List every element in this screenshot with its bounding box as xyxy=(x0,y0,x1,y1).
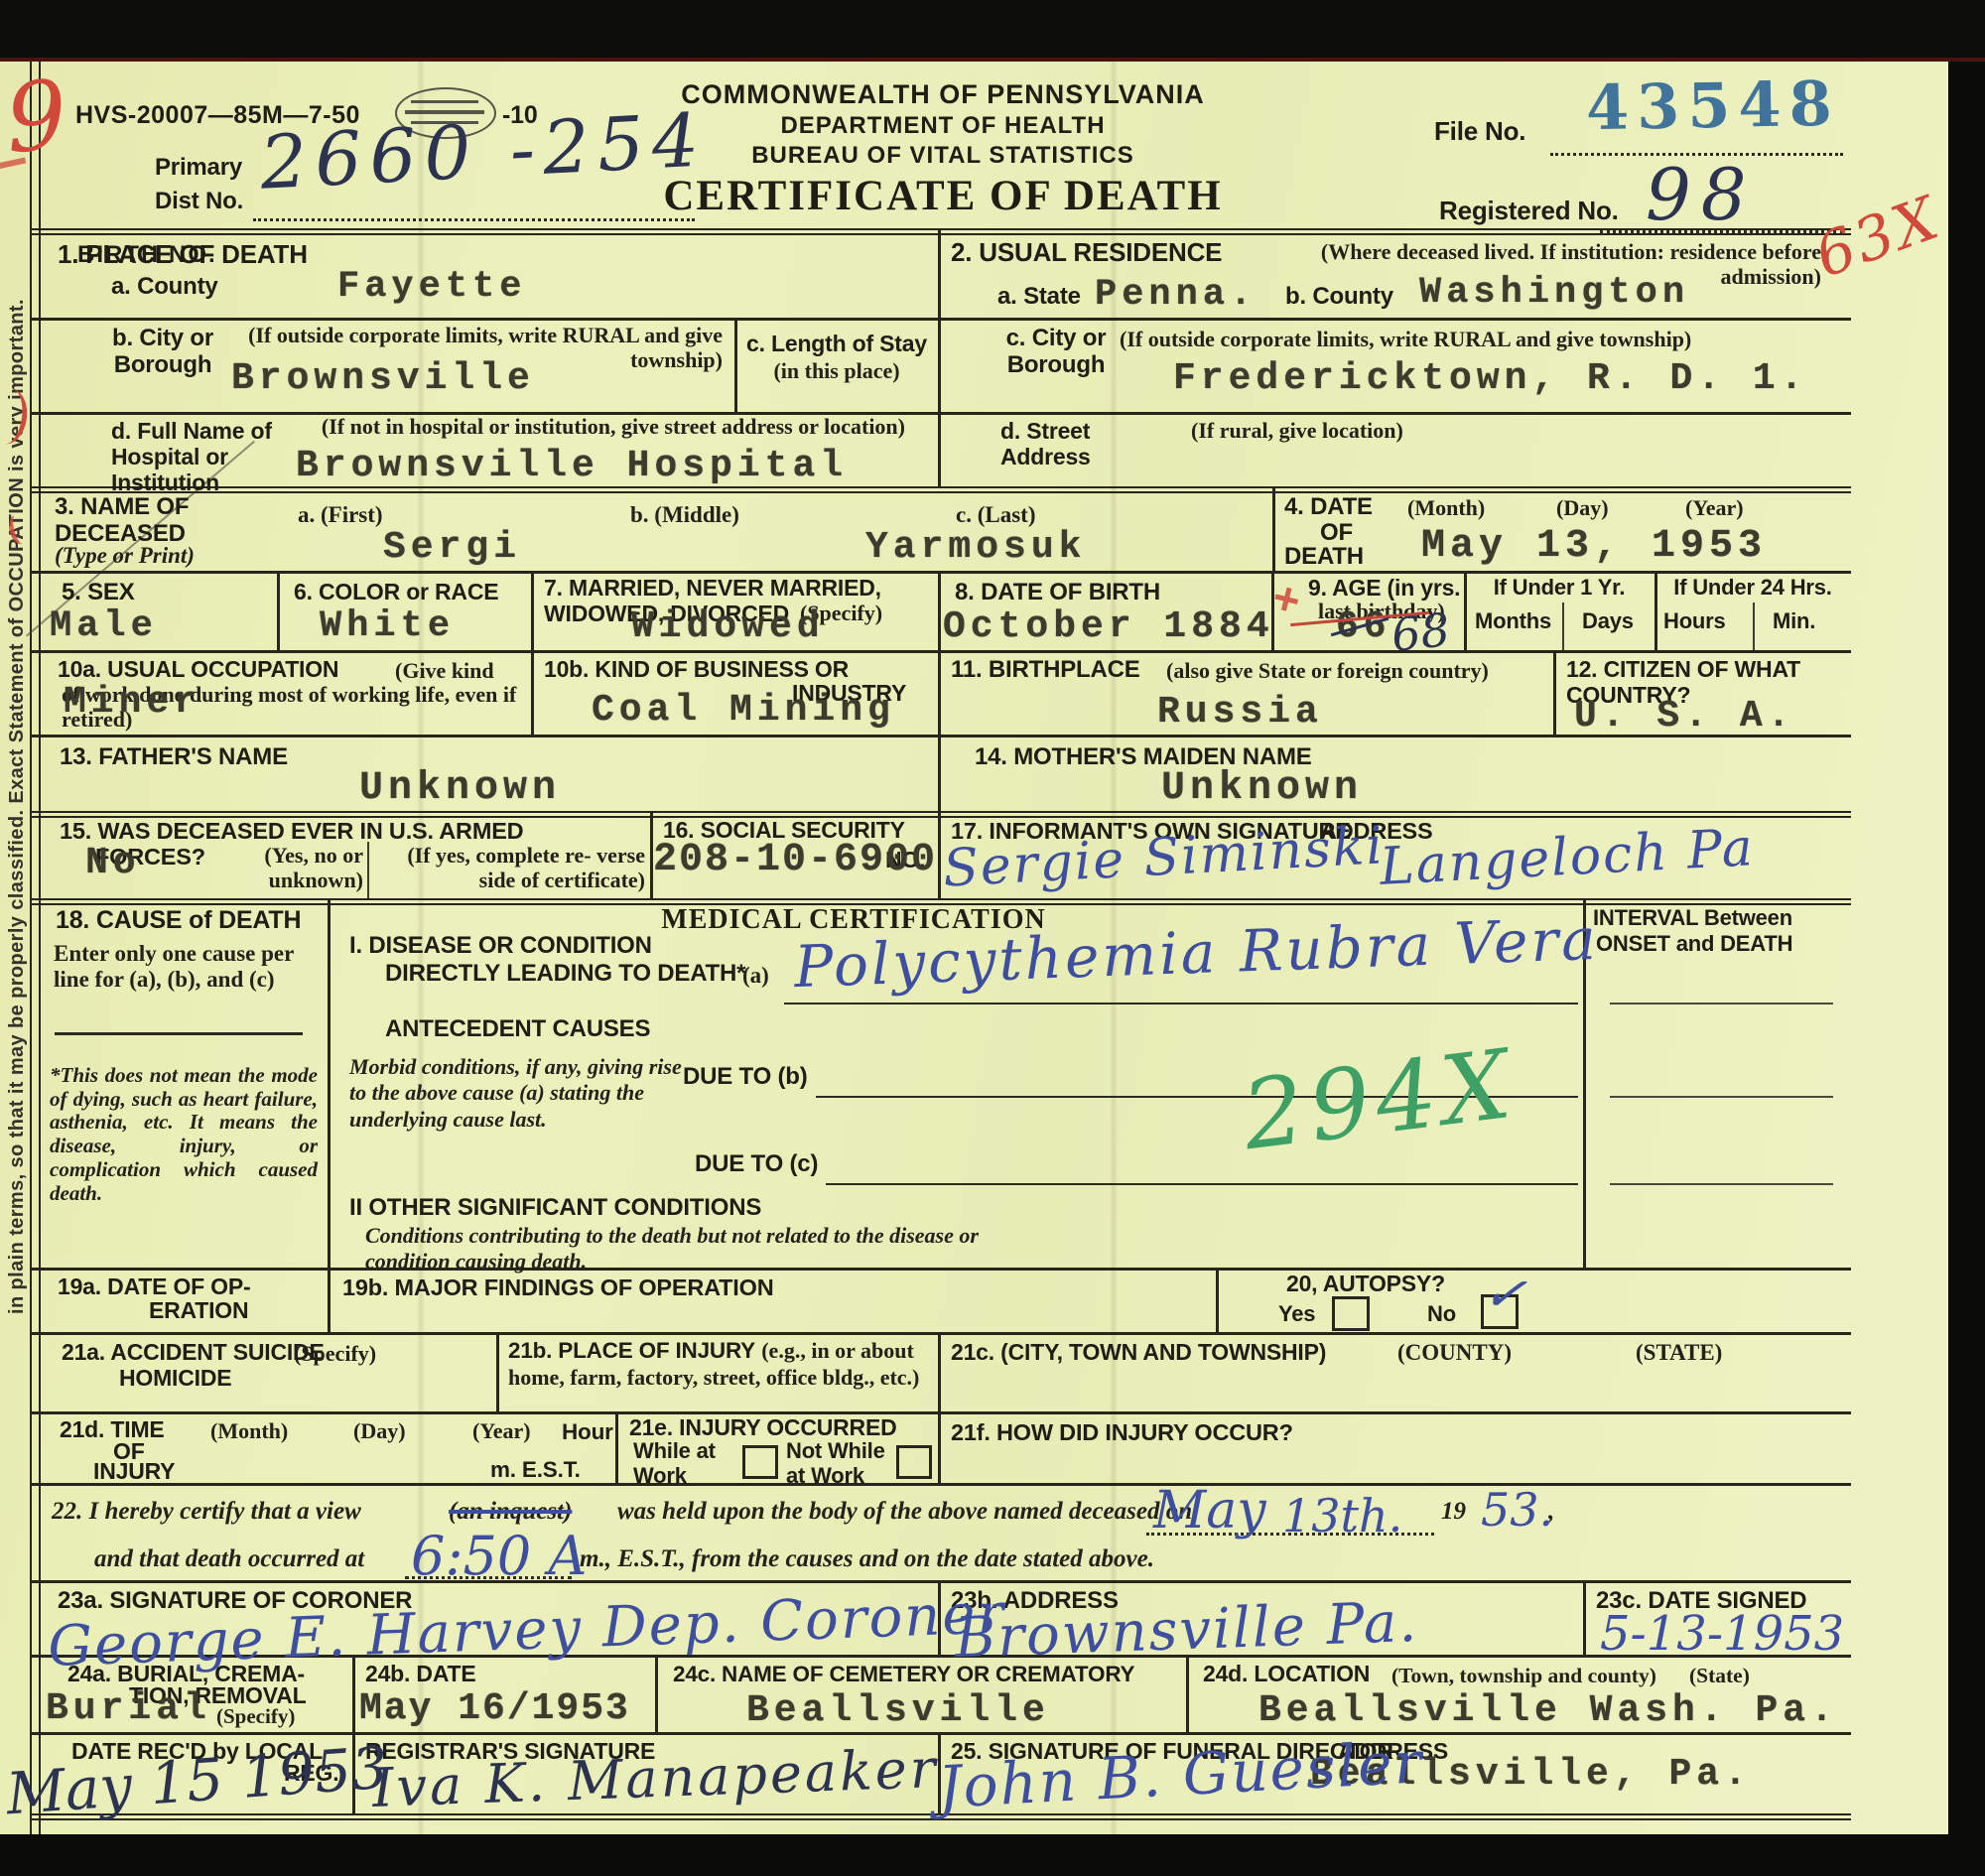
autopsy-yes-checkbox xyxy=(1332,1296,1370,1331)
cemetery-value: Beallsville xyxy=(746,1689,1050,1732)
other-conditions-note: Conditions contributing to the death but… xyxy=(365,1223,1020,1275)
race-label: 6. COLOR or RACE xyxy=(294,580,498,605)
divider xyxy=(1272,486,1275,571)
interval-line-b xyxy=(1610,1096,1833,1098)
burial-date-value: May 16/1953 xyxy=(359,1687,630,1730)
name-title: 3. NAME OF DECEASED xyxy=(55,494,263,548)
antecedent-label: ANTECEDENT CAUSES xyxy=(385,1016,650,1043)
street-hint: (If rural, give location) xyxy=(1191,419,1403,444)
operation-findings-label: 19b. MAJOR FINDINGS OF OPERATION xyxy=(342,1274,773,1300)
divider xyxy=(938,1332,941,1483)
divider xyxy=(938,228,941,486)
place-of-injury-label: 21b. PLACE OF INJURY xyxy=(508,1338,755,1363)
scan-top-border xyxy=(0,0,1985,62)
interval-label-2: ONSET and DEATH xyxy=(1596,932,1792,957)
street-label: d. Street Address xyxy=(1000,419,1120,470)
autopsy-no-label: No xyxy=(1427,1302,1456,1327)
primary-dist-label-2: Dist No. xyxy=(155,189,243,215)
red-code: 63X xyxy=(1806,183,1948,292)
father-value: Unknown xyxy=(359,766,561,811)
autopsy-yes-label: Yes xyxy=(1278,1302,1315,1327)
divider xyxy=(1186,1655,1189,1732)
registered-no-label: Registered No. xyxy=(1439,197,1619,225)
under-1yr-label: If Under 1 Yr. xyxy=(1466,576,1653,601)
city-value: Brownsville xyxy=(231,357,535,400)
occupation-value: Miner xyxy=(64,681,201,724)
date-of-death-label-1: 4. DATE xyxy=(1284,494,1373,521)
divider xyxy=(1216,1268,1219,1332)
divider xyxy=(1553,650,1556,735)
divider xyxy=(655,1655,658,1732)
business-label-1: 10b. KIND OF BUSINESS OR xyxy=(544,657,849,683)
injury-mest-label: m. E.S.T. xyxy=(490,1457,581,1482)
divider xyxy=(328,898,331,1332)
cause-c-line xyxy=(826,1183,1578,1185)
armed-forces-hint-1: (Yes, no or unknown) xyxy=(214,844,363,892)
under-24hrs-label: If Under 24 Hrs. xyxy=(1657,576,1848,601)
length-of-stay-label: c. Length of Stay xyxy=(742,332,931,357)
birthplace-value: Russia xyxy=(1157,691,1323,734)
armed-forces-label-1: 15. WAS DECEASED EVER IN U.S. ARMED xyxy=(60,818,523,844)
cause-title: 18. CAUSE of DEATH xyxy=(56,906,301,934)
rule xyxy=(30,1483,1851,1486)
days-label: Days xyxy=(1582,609,1634,634)
divider xyxy=(1583,1580,1586,1655)
primary-dist-label-1: Primary xyxy=(155,155,242,182)
certify-year-prefix: 19 xyxy=(1441,1497,1466,1527)
divider xyxy=(734,318,737,412)
father-label: 13. FATHER'S NAME xyxy=(60,744,288,771)
informant-address-value: Langeloch Pa xyxy=(1379,818,1756,897)
certify-text-2: was held upon the body of the above name… xyxy=(617,1497,1192,1527)
autopsy-label: 20, AUTOPSY? xyxy=(1286,1272,1445,1297)
last-name-label: c. (Last) xyxy=(956,502,1035,528)
date-signed-value: 5-13-1953 xyxy=(1600,1606,1844,1662)
occupation-label: 10a. USUAL OCCUPATION xyxy=(58,657,338,683)
divider xyxy=(367,842,369,898)
divider xyxy=(531,571,534,735)
autopsy-no-checkmark: ✓ xyxy=(1479,1262,1530,1326)
injury-time-label-3: INJURY xyxy=(93,1459,175,1485)
middle-name-label: b. (Middle) xyxy=(630,502,739,528)
residence-city-label: c. City or Borough xyxy=(1000,326,1112,379)
dod-day-label: (Day) xyxy=(1556,496,1609,521)
not-while-at-work-label: Not While at Work xyxy=(786,1439,893,1488)
marital-value: Widowed xyxy=(631,605,825,648)
date-of-death-label-3: DEATH xyxy=(1284,544,1364,571)
cause-a-tag: (a) xyxy=(742,963,769,989)
injury-hour-label: Hour xyxy=(562,1419,613,1444)
business-value: Coal Mining xyxy=(592,689,895,732)
certificate-paper: in plain terms, so that it may be proper… xyxy=(0,62,1948,1834)
not-while-at-work-checkbox xyxy=(896,1445,932,1479)
disease-label-2: DIRECTLY LEADING TO DEATH* xyxy=(385,961,745,988)
disease-label-1: I. DISEASE OR CONDITION xyxy=(349,933,652,960)
residence-county-label: b. County xyxy=(1285,284,1393,311)
certify-text-3: and that death occurred at xyxy=(94,1544,364,1574)
certify-strike-text: (an inquest) xyxy=(449,1497,572,1527)
how-injury-label: 21f. HOW DID INJURY OCCUR? xyxy=(951,1419,1293,1445)
birthplace-label: 11. BIRTHPLACE xyxy=(951,657,1140,684)
location-value: Beallsville Wash. Pa. xyxy=(1258,1689,1838,1732)
operation-date-label-1: 19a. DATE OF OP- xyxy=(58,1274,250,1300)
location-hint-2: (State) xyxy=(1689,1664,1750,1687)
residence-city-value: Fredericktown, R. D. 1. xyxy=(1173,357,1808,400)
residence-county-value: Washington xyxy=(1419,272,1689,314)
left-double-rule xyxy=(30,62,41,1834)
hospital-value: Brownsville Hospital xyxy=(296,445,848,487)
divider xyxy=(496,1332,499,1411)
injury-county-label: (COUNTY) xyxy=(1397,1340,1512,1366)
divider xyxy=(1753,603,1755,650)
green-code: 294X xyxy=(1237,1028,1522,1172)
county-value: Fayette xyxy=(337,266,526,308)
residence-city-hint: (If outside corporate limits, write RURA… xyxy=(1120,328,1824,352)
race-value: White xyxy=(320,605,455,647)
first-name-value: Sergi xyxy=(383,526,521,569)
usual-residence-title: 2. USUAL RESIDENCE xyxy=(951,238,1222,267)
due-to-b-label: DUE TO (b) xyxy=(683,1064,808,1091)
interval-label-1: INTERVAL Between xyxy=(1593,906,1792,931)
sex-value: Male xyxy=(50,605,158,647)
certify-year-hand: 53. xyxy=(1481,1483,1553,1537)
burial-value: Burial xyxy=(46,1687,211,1730)
city-label: b. City or Borough xyxy=(107,326,218,379)
injury-day-label: (Day) xyxy=(353,1419,406,1444)
county-label: a. County xyxy=(111,274,218,301)
injury-city-label: 21c. (CITY, TOWN AND TOWNSHIP) xyxy=(951,1340,1326,1366)
cause-a-line xyxy=(784,1003,1578,1005)
corner-mark: 9 xyxy=(2,62,70,175)
location-label: 24d. LOCATION xyxy=(1203,1662,1370,1687)
certify-text-4: m., E.S.T., from the causes and on the d… xyxy=(580,1544,1154,1574)
other-conditions-label: II OTHER SIGNIFICANT CONDITIONS xyxy=(349,1195,761,1222)
injury-occurred-label: 21e. INJURY OCCURRED xyxy=(629,1415,897,1441)
min-label: Min. xyxy=(1773,609,1815,634)
accident-hint: (Specify) xyxy=(294,1342,376,1367)
armed-forces-value: No xyxy=(85,842,141,884)
citizen-value: U. S. A. xyxy=(1574,695,1794,737)
last-name-value: Yarmosuk xyxy=(865,526,1086,569)
interval-line-a xyxy=(1610,1003,1833,1005)
operation-date-label-2: ERATION xyxy=(149,1298,248,1324)
divider xyxy=(615,1411,618,1483)
occupation-hint-1: (Give kind xyxy=(395,659,494,684)
morbid-note: Morbid conditions, if any, giving rise t… xyxy=(349,1054,682,1133)
date-of-death-value: May 13, 1953 xyxy=(1421,524,1767,569)
while-at-work-checkbox xyxy=(742,1445,778,1479)
cause-note-2: *This does not mean the mode of dying, s… xyxy=(50,1064,318,1205)
state-value: Penna. xyxy=(1095,274,1257,316)
hospital-hint: (If not in hospital or institution, give… xyxy=(310,415,905,440)
divider xyxy=(938,811,941,898)
burial-hint: (Specify) xyxy=(216,1705,295,1729)
interval-line-c xyxy=(1610,1183,1833,1185)
hospital-label: d. Full Name of Hospital or Institution xyxy=(111,419,310,495)
cause-note-divider xyxy=(55,1032,303,1035)
state-label: a. State xyxy=(997,284,1081,311)
cause-note-1: Enter only one cause per line for (a), (… xyxy=(54,941,310,993)
injury-year-label: (Year) xyxy=(472,1419,531,1444)
sex-label: 5. SEX xyxy=(62,580,135,606)
place-of-injury-block: 21b. PLACE OF INJURY (e.g., in or about … xyxy=(508,1338,933,1391)
hours-label: Hours xyxy=(1663,609,1726,634)
injury-state-label: (STATE) xyxy=(1636,1340,1722,1366)
margin-note: in plain terms, so that it may be proper… xyxy=(6,332,29,1314)
while-at-work-label: While at Work xyxy=(633,1439,734,1488)
dod-month-label: (Month) xyxy=(1407,496,1485,521)
first-name-label: a. (First) xyxy=(298,502,383,528)
divider xyxy=(277,571,280,650)
months-label: Months xyxy=(1475,609,1551,634)
name-title-hint: (Type or Print) xyxy=(55,542,195,570)
age-label-1: 9. AGE (in yrs. xyxy=(1308,576,1460,602)
certify-time-hand: 6:50 A xyxy=(411,1525,587,1587)
ssn-value: 208-10-6900 xyxy=(653,838,937,882)
certify-day-hand: 13th. xyxy=(1282,1489,1402,1542)
registered-no-value: 98 xyxy=(1646,153,1757,236)
certify-text-1: 22. I hereby certify that a view xyxy=(52,1497,361,1527)
place-of-death-title: 1. PLACE OF DEATH xyxy=(58,240,308,269)
location-hint-1: (Town, township and county) xyxy=(1391,1664,1656,1687)
dod-year-label: (Year) xyxy=(1685,496,1744,521)
armed-forces-hint-2: (If yes, complete re- verse side of cert… xyxy=(387,844,645,892)
length-of-stay-hint: (in this place) xyxy=(742,359,931,384)
birth-date-value: October 1884 xyxy=(943,605,1274,648)
file-no-value: 43548 xyxy=(1585,67,1840,144)
file-no-label: File No. xyxy=(1434,117,1525,146)
injury-time-label-1: 21d. TIME xyxy=(60,1417,165,1443)
injury-month-label: (Month) xyxy=(210,1419,288,1444)
mother-value: Unknown xyxy=(1161,766,1363,811)
death-certificate-scan: in plain terms, so that it may be proper… xyxy=(0,0,1985,1876)
due-to-c-label: DUE TO (c) xyxy=(695,1151,818,1178)
divider xyxy=(1562,603,1564,650)
birth-date-label: 8. DATE OF BIRTH xyxy=(955,580,1160,606)
certify-month-hand: May xyxy=(1153,1481,1266,1541)
birthplace-hint: (also give State or foreign country) xyxy=(1166,659,1489,684)
